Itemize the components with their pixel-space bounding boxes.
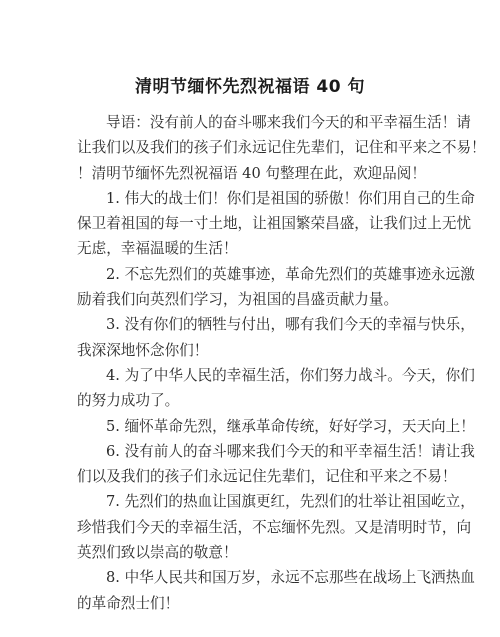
text-line: 3. 没有你们的牺牲与付出，哪有我们今天的幸福与快乐， — [77, 312, 425, 337]
text-line: 励着我们向英烈们学习，为祖国的昌盛贡献力量。 — [77, 287, 425, 312]
text-line: 1. 伟大的战士们！你们是祖国的骄傲！你们用自己的生命 — [77, 186, 425, 211]
text-line: 导语：没有前人的奋斗哪来我们今天的和平幸福生活！请 — [77, 110, 425, 135]
text-line: 保卫着祖国的每一寸土地，让祖国繁荣昌盛，让我们过上无忧 — [77, 211, 425, 236]
text-line: 英烈们致以崇高的敬意！ — [77, 540, 425, 565]
text-line: 珍惜我们今天的幸福生活，不忘缅怀先烈。又是清明时节，向 — [77, 515, 425, 540]
document-page: 清明节缅怀先烈祝福语 40 句 导语：没有前人的奋斗哪来我们今天的和平幸福生活！… — [0, 0, 500, 637]
text-line: 的革命烈士们！ — [77, 591, 425, 616]
text-line: 让我们以及我们的孩子们永远记住先辈们，记住和平来之不易！ — [77, 135, 425, 160]
text-line: ！清明节缅怀先烈祝福语 40 句整理在此，欢迎品阅！ — [77, 161, 425, 186]
text-line: 我深深地怀念你们！ — [77, 338, 425, 363]
text-line: 5. 缅怀革命先烈，继承革命传统，好好学习，天天向上！ — [77, 414, 425, 439]
text-line: 们以及我们的孩子们永远记住先辈们，记住和平来之不易！ — [77, 464, 425, 489]
text-line: 7. 先烈们的热血让国旗更红，先烈们的壮举让祖国屹立， — [77, 489, 425, 514]
text-line: 8. 中华人民共和国万岁，永远不忘那些在战场上飞洒热血 — [77, 565, 425, 590]
document-title: 清明节缅怀先烈祝福语 40 句 — [0, 72, 500, 97]
text-line: 无虑，幸福温暖的生活！ — [77, 236, 425, 261]
text-line: 6. 没有前人的奋斗哪来我们今天的和平幸福生活！请让我 — [77, 439, 425, 464]
text-line: 2. 不忘先烈们的英雄事迹，革命先烈们的英雄事迹永远激 — [77, 262, 425, 287]
text-line: 的努力成功了。 — [77, 388, 425, 413]
document-body: 导语：没有前人的奋斗哪来我们今天的和平幸福生活！请 让我们以及我们的孩子们永远记… — [77, 110, 425, 616]
text-line: 4. 为了中华人民的幸福生活，你们努力战斗。今天，你们 — [77, 363, 425, 388]
